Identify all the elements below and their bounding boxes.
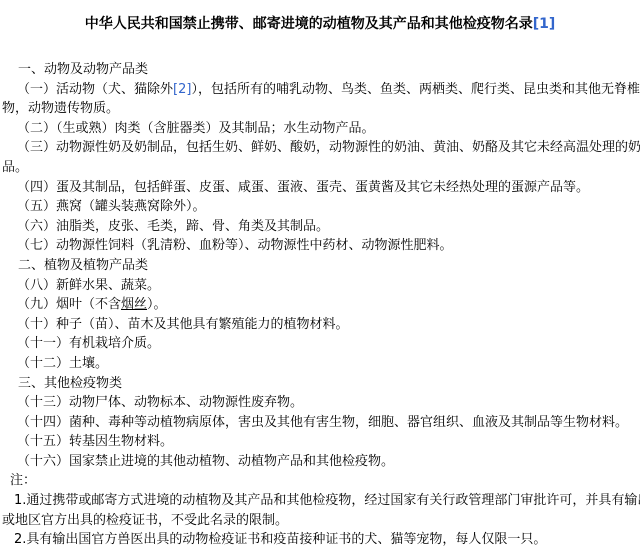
- text-line: （一）活动物（犬、猫除外[2]），包括所有的哺乳动物、鸟类、鱼类、两栖类、爬行类…: [0, 80, 640, 100]
- text-line: （十三）动物尸体、动物标本、动物源性废弃物。: [0, 393, 640, 413]
- page-root: 中华人民共和国禁止携带、邮寄进境的动植物及其产品和其他检疫物名录[1] 一、动物…: [0, 0, 640, 553]
- text-segment: 品。: [2, 160, 28, 175]
- text-segment: 注：: [10, 473, 36, 488]
- text-line: （四）蛋及其制品，包括鲜蛋、皮蛋、咸蛋、蛋液、蛋壳、蛋黄酱及其它未经热处理的蛋源…: [0, 178, 640, 198]
- footnote-ref-link[interactable]: [2]: [173, 82, 191, 97]
- text-line: （十四）菌种、毒种等动植物病原体，害虫及其他有害生物，细胞、器官组织、血液及其制…: [0, 413, 640, 433]
- text-segment: （十一）有机栽培介质。: [17, 336, 160, 351]
- text-segment: （四）蛋及其制品，包括鲜蛋、皮蛋、咸蛋、蛋液、蛋壳、蛋黄酱及其它未经热处理的蛋源…: [17, 180, 589, 195]
- text-line: 三、其他检疫物类: [0, 374, 640, 394]
- text-segment: （七）动物源性饲料（乳清粉、血粉等）、动物源性中药材、动物源性肥料。: [17, 238, 453, 253]
- text-segment: （一）活动物（犬、猫除外: [17, 82, 173, 97]
- document-lines: 一、动物及动物产品类（一）活动物（犬、猫除外[2]），包括所有的哺乳动物、鸟类、…: [0, 60, 640, 550]
- text-segment: （九）烟叶（不含: [17, 297, 121, 312]
- text-segment: 1.通过携带或邮寄方式进境的动植物及其产品和其他检疫物，经过国家有关行政管理部门…: [14, 493, 640, 508]
- text-line: （九）烟叶（不含烟丝）。: [0, 295, 640, 315]
- text-segment: ）。: [147, 297, 167, 312]
- text-segment: （十四）菌种、毒种等动植物病原体，害虫及其他有害生物，细胞、器官组织、血液及其制…: [17, 415, 628, 430]
- text-segment: （三）动物源性奶及奶制品，包括生奶、鲜奶、酸奶，动物源性的奶油、黄油、奶酪及其它…: [17, 140, 640, 155]
- page-title: 中华人民共和国禁止携带、邮寄进境的动植物及其产品和其他检疫物名录[1]: [0, 14, 640, 34]
- text-line: （十一）有机栽培介质。: [0, 334, 640, 354]
- text-segment: 二、植物及植物产品类: [18, 258, 148, 273]
- text-segment: （五）燕窝（罐头装燕窝除外）。: [17, 199, 206, 214]
- text-segment: （十六）国家禁止进境的其他动植物、动植物产品和其他检疫物。: [17, 454, 394, 469]
- text-line: （二）（生或熟）肉类（含脏器类）及其制品；水生动物产品。: [0, 119, 640, 139]
- text-line: 1.通过携带或邮寄方式进境的动植物及其产品和其他检疫物，经过国家有关行政管理部门…: [0, 491, 640, 511]
- text-segment: （八）新鲜水果、蔬菜。: [17, 278, 160, 293]
- text-line: （十五）转基因生物材料。: [0, 432, 640, 452]
- text-segment: ），包括所有的哺乳动物、鸟类、鱼类、两栖类、爬行类、昆虫类和其他无脊椎动: [191, 82, 640, 97]
- text-line: （六）油脂类，皮张、毛类，蹄、骨、角类及其制品。: [0, 217, 640, 237]
- text-line: 注：: [0, 471, 640, 491]
- text-segment: 一、动物及动物产品类: [18, 62, 148, 77]
- text-segment: 2.具有输出国官方兽医出具的动物检疫证书和疫苗接种证书的犬、猫等宠物，每人仅限一…: [14, 532, 546, 547]
- text-segment: （十五）转基因生物材料。: [17, 434, 173, 449]
- text-line: （十六）国家禁止进境的其他动植物、动植物产品和其他检疫物。: [0, 452, 640, 472]
- text-line: 2.具有输出国官方兽医出具的动物检疫证书和疫苗接种证书的犬、猫等宠物，每人仅限一…: [0, 530, 640, 550]
- text-line: （八）新鲜水果、蔬菜。: [0, 276, 640, 296]
- text-line: （五）燕窝（罐头装燕窝除外）。: [0, 197, 640, 217]
- text-line: 二、植物及植物产品类: [0, 256, 640, 276]
- text-segment: （十三）动物尸体、动物标本、动物源性废弃物。: [17, 395, 303, 410]
- text-segment: 物，动物遗传物质。: [2, 101, 119, 116]
- inline-link[interactable]: 烟丝: [121, 297, 147, 312]
- footnote-ref-link-1[interactable]: [1]: [533, 16, 556, 32]
- page-title-text: 中华人民共和国禁止携带、邮寄进境的动植物及其产品和其他检疫物名录: [85, 16, 533, 32]
- text-line: 一、动物及动物产品类: [0, 60, 640, 80]
- text-line: 品。: [0, 158, 640, 178]
- text-segment: （二）（生或熟）肉类（含脏器类）及其制品；水生动物产品。: [17, 121, 375, 136]
- text-segment: （六）油脂类，皮张、毛类，蹄、骨、角类及其制品。: [17, 219, 329, 234]
- text-line: （十二）土壤。: [0, 354, 640, 374]
- text-line: （三）动物源性奶及奶制品，包括生奶、鲜奶、酸奶，动物源性的奶油、黄油、奶酪及其它…: [0, 138, 640, 158]
- text-line: （七）动物源性饲料（乳清粉、血粉等）、动物源性中药材、动物源性肥料。: [0, 236, 640, 256]
- text-segment: （十二）土壤。: [17, 356, 108, 371]
- text-segment: 三、其他检疫物类: [18, 376, 122, 391]
- text-line: （十）种子（苗）、苗木及其他具有繁殖能力的植物材料。: [0, 315, 640, 335]
- text-line: 物，动物遗传物质。: [0, 99, 640, 119]
- text-segment: 或地区官方出具的检疫证书，不受此名录的限制。: [2, 513, 288, 528]
- text-line: 或地区官方出具的检疫证书，不受此名录的限制。: [0, 511, 640, 531]
- text-segment: （十）种子（苗）、苗木及其他具有繁殖能力的植物材料。: [17, 317, 349, 332]
